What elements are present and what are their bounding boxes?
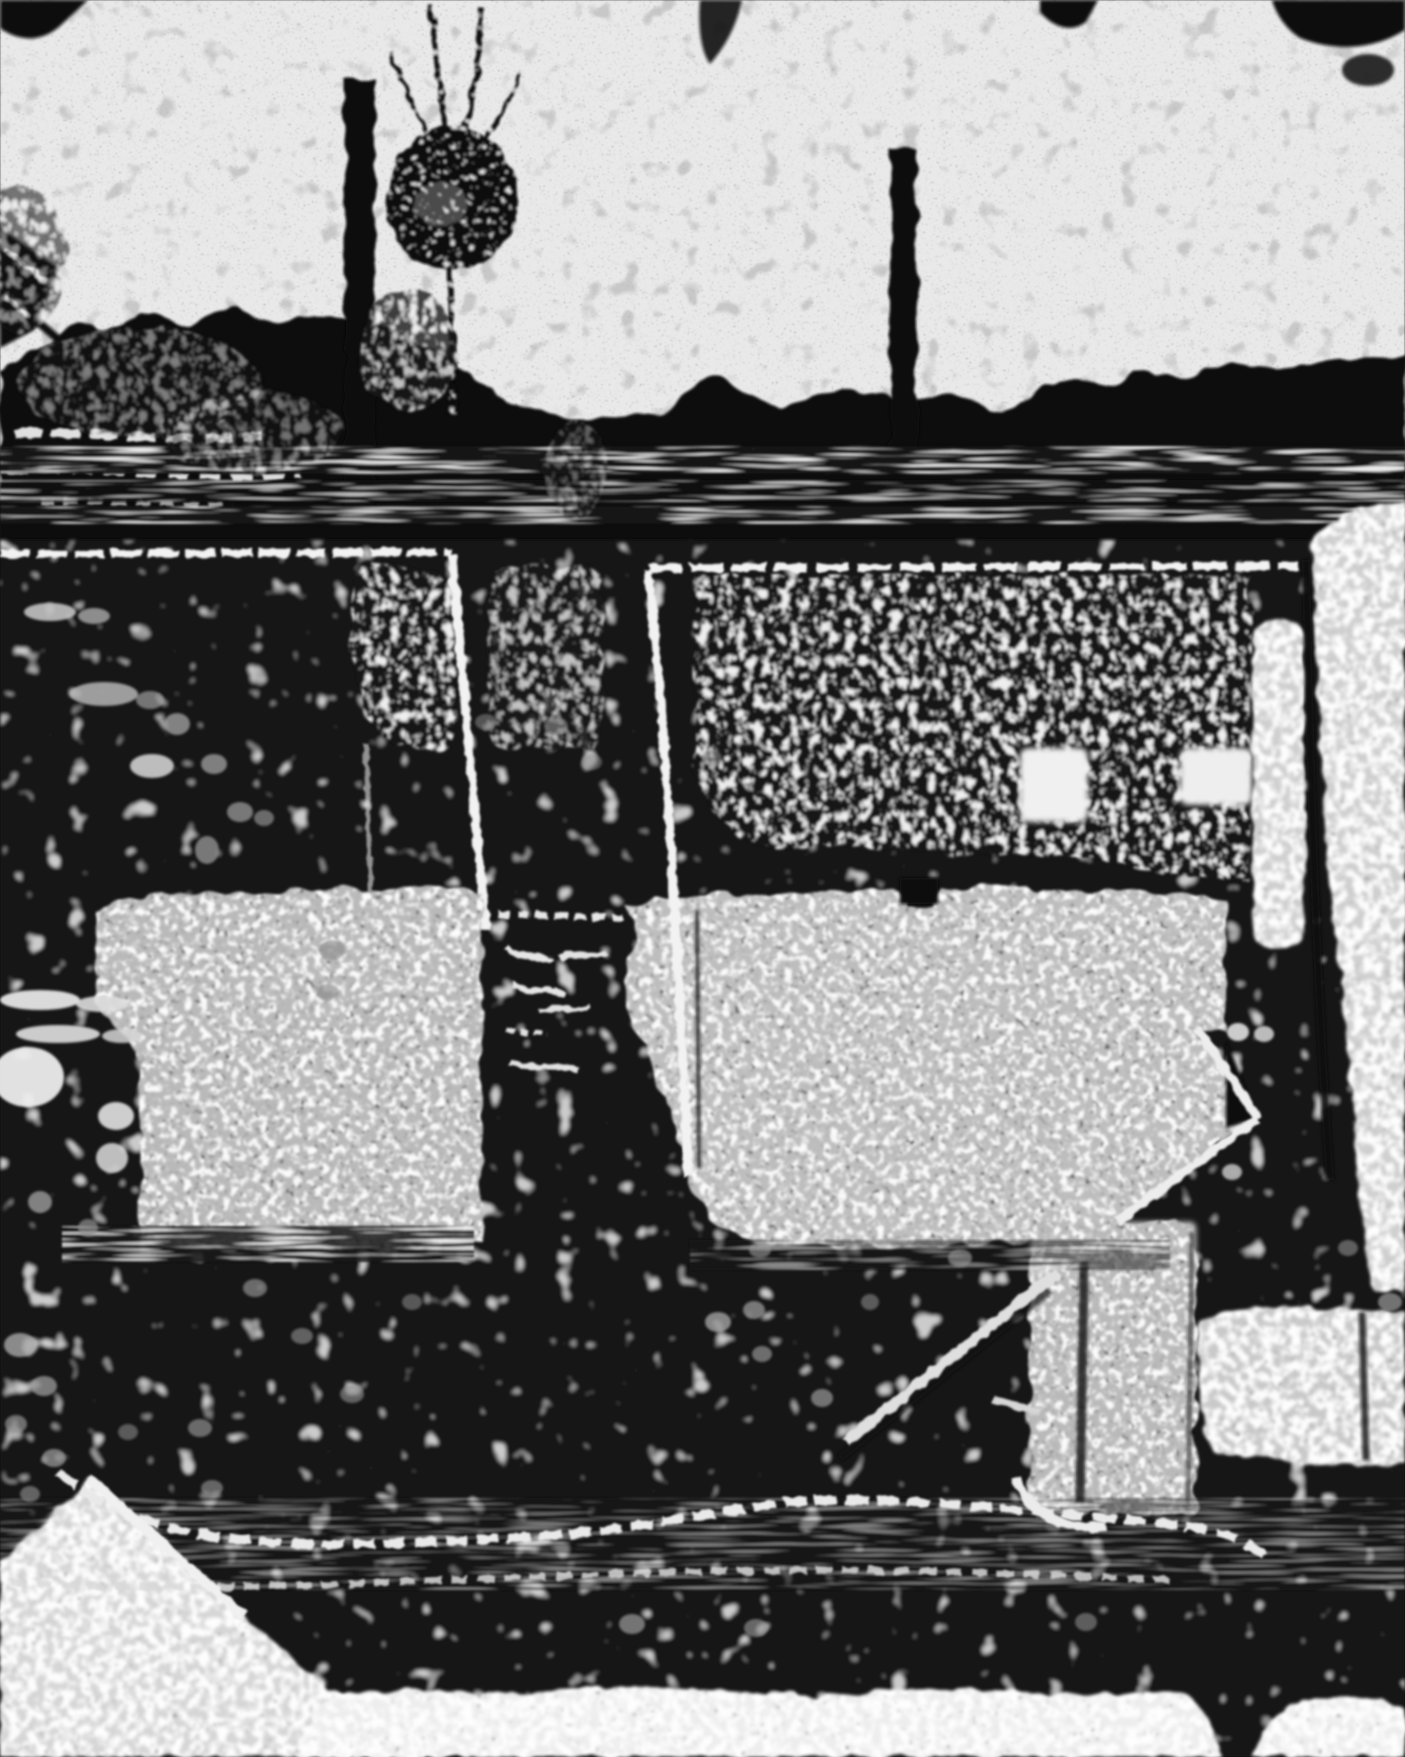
debris-dots-shape [1378,1293,1402,1311]
bright-strip-shape [1253,620,1305,950]
speckle-dash-bands-shape [0,506,1405,524]
utility-poles-shape [890,148,917,458]
debris-dots-shape [705,1312,731,1332]
ink-details-shape [900,878,938,904]
rubble-slab-shape [1198,1308,1405,1466]
gap-scribbles-shape [560,952,606,958]
debris-dots-shape [188,1419,212,1437]
debris-dots-shape [1075,1613,1097,1631]
hedges-shape [488,566,602,748]
debris-dots-shape [227,802,253,822]
debris-dots-shape [743,1301,765,1319]
gap-scribbles-shape [506,1030,548,1034]
debris-dots-shape [749,1242,771,1258]
debris-dots-shape [130,754,174,778]
debris-dots-shape [78,1219,98,1237]
debris-dots-shape [0,990,80,1010]
white-patches-shape [1020,748,1088,822]
debris-dots-shape [702,750,722,766]
debris-dots-shape [164,713,190,735]
speckle-dash-bands-shape [0,480,1405,502]
debris-dots-shape [96,1143,128,1173]
debris-dots-shape [1338,1240,1358,1256]
debris-dots-shape [254,810,274,826]
scene-svg [0,0,1405,1757]
wall-speckle-rows-shape [62,1226,474,1262]
debris-dots-shape [4,1333,36,1357]
debris-dots-shape [201,1480,223,1496]
fence-back-shape [648,566,1298,568]
tree-shape [414,183,466,227]
debris-dots-shape [31,1376,57,1396]
debris-dots-shape [1254,1026,1274,1042]
debris-dots-shape [201,754,227,774]
debris-dots-shape [243,1279,267,1297]
photo-canvas: High-contrast stippled black-and-white p… [0,0,1405,1757]
debris-dots-shape [402,1294,422,1310]
debris-dots-shape [291,1328,313,1344]
debris-dots-shape [98,1102,134,1130]
utility-poles-shape [345,78,375,510]
white-patches-shape [1180,748,1252,805]
debris-dots-shape [136,691,164,709]
debris-dots-shape [582,754,602,770]
debris-dots-shape [102,1029,142,1043]
ink-details-shape [697,910,699,1168]
debris-dots-shape [42,1449,66,1467]
debris-dots-shape [20,1486,40,1502]
scene-root [0,0,1405,1757]
debris-dots-shape [319,940,345,960]
debris-dots-shape [1227,1023,1249,1041]
debris-dots-shape [195,836,219,864]
walls-shape [95,887,482,1251]
debris-dots-shape [78,608,110,624]
debris-dots-shape [76,996,128,1012]
corner-marks-shape [1342,54,1394,86]
hedges-shape [543,422,607,518]
debris-dots-shape [118,1424,138,1440]
debris-dots-shape [544,717,568,735]
debris-dots-shape [744,1619,768,1637]
debris-dots-shape [811,1389,833,1407]
debris-dots-shape [5,1415,27,1433]
debris-dots-shape [948,1249,972,1267]
debris-dots-shape [16,1025,100,1043]
rubble-slab [1198,1308,1405,1466]
hedges-shape [160,392,344,472]
debris-dots-shape [28,1191,52,1213]
ink-details-shape [1362,1312,1366,1460]
ink-details-shape [1080,1262,1084,1502]
bright-strip [1253,620,1305,950]
bottom-bright-band-shape [296,1687,1222,1757]
debris-dots-shape [340,1385,364,1403]
hedges-shape [695,575,1250,882]
debris-dots-shape [70,682,138,706]
debris-dots-shape [861,1294,879,1310]
debris-dots-shape [752,1346,772,1362]
debris-dots-shape [475,714,497,730]
debris-dots-shape [317,984,339,1000]
hedges-shape [360,288,456,412]
debris-dots-shape [1222,1164,1242,1180]
debris-dots-shape [619,1614,645,1634]
debris-dots-shape [24,603,76,621]
